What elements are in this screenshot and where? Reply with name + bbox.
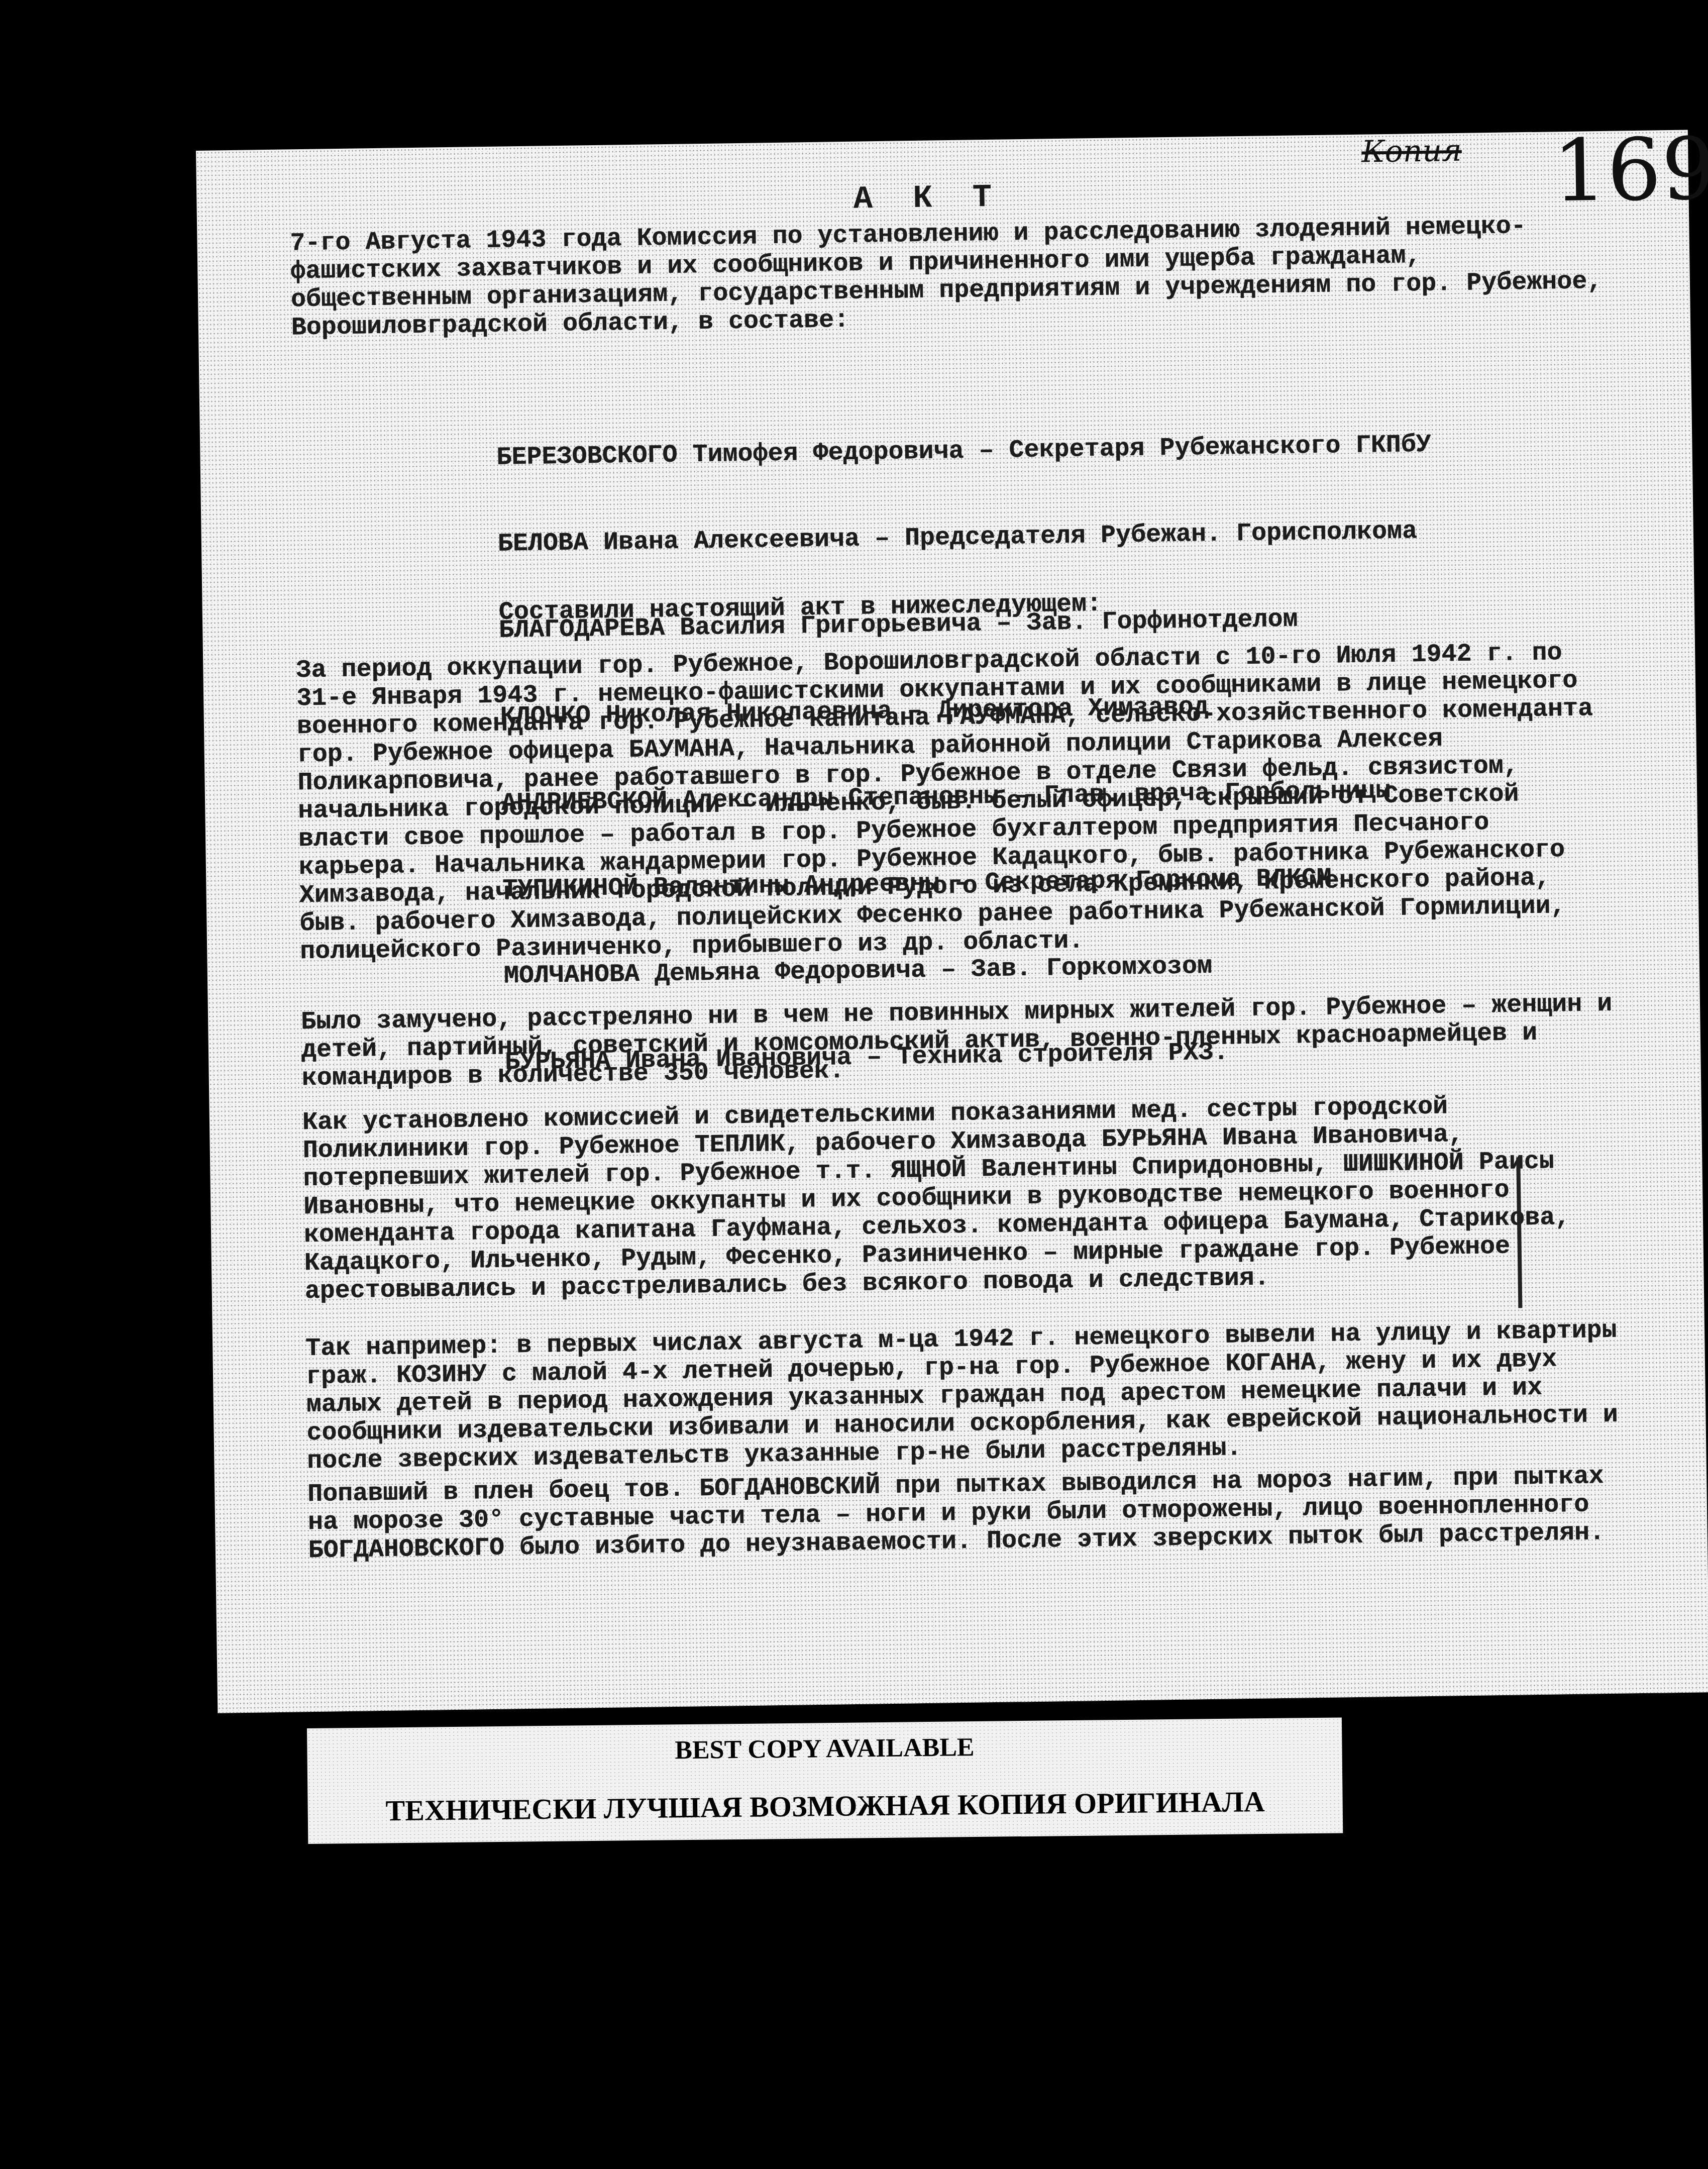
label-russian: ТЕХНИЧЕСКИ ЛУЧШАЯ ВОЗМОЖНАЯ КОПИЯ ОРИГИН…	[307, 1784, 1343, 1828]
struck-copy-mark: Копия	[1361, 133, 1462, 170]
body-paragraph: За период оккупации гор. Рубежное, Ворош…	[296, 638, 1626, 966]
archive-quality-label: BEST COPY AVAILABLE ТЕХНИЧЕСКИ ЛУЧШАЯ ВО…	[307, 1717, 1343, 1844]
intro-paragraph: 7-го Августа 1943 года Комиссия по устан…	[290, 212, 1618, 343]
body-paragraph: Так например: в первых числах августа м-…	[305, 1316, 1634, 1476]
body-paragraph: Как установлено комиссией и свидетельски…	[302, 1090, 1631, 1306]
label-english: BEST COPY AVAILABLE	[307, 1728, 1342, 1769]
member-line: БЕЛОВА Ивана Алексеевича – Председателя …	[498, 515, 1604, 561]
document-page: Копия 169 АКТ 7-го Августа 1943 года Ком…	[196, 130, 1708, 1713]
body-paragraph: Попавший в плен боец тов. БОГДАНОВСКИЙ п…	[307, 1462, 1635, 1565]
member-line: БЕРЕЗОВСКОГО Тимофея Федоровича – Секрет…	[496, 429, 1602, 474]
